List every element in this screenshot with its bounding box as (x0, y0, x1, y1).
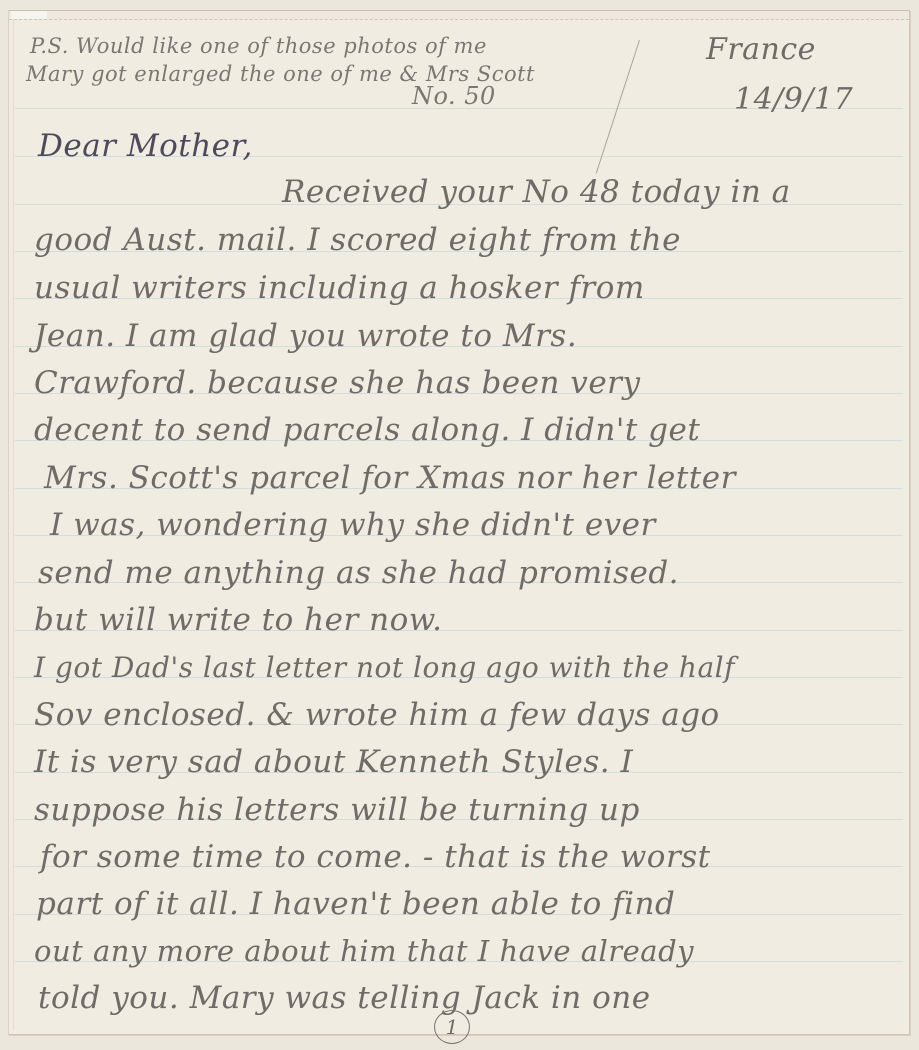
letter-line-5: Crawford. because she has been very (34, 363, 641, 403)
letter-line-2: good Aust. mail. I scored eight from the (34, 220, 681, 260)
letter-line-8: I was, wondering why she didn't ever (50, 505, 656, 545)
letter-line-9: send me anything as she had promised. (38, 553, 679, 593)
letter-line-16: part of it all. I haven't been able to f… (36, 884, 675, 924)
page-number-circle: 1 (434, 1010, 470, 1044)
letter-line-1: Received your No 48 today in a (282, 172, 791, 212)
letter-date: 14/9/17 (734, 80, 853, 120)
letter-line-7: Mrs. Scott's parcel for Xmas nor her let… (44, 458, 736, 498)
letter-line-4: Jean. I am glad you wrote to Mrs. (34, 316, 577, 356)
salutation: Dear Mother, (38, 126, 253, 166)
letter-place: France (706, 30, 816, 70)
letter-line-12: Sov enclosed. & wrote him a few days ago (34, 695, 720, 735)
postscript-line-1: P.S. Would like one of those photos of m… (30, 34, 487, 58)
letter-line-11: I got Dad's last letter not long ago wit… (34, 648, 735, 688)
letter-line-15: for some time to come. - that is the wor… (40, 837, 711, 877)
paper-corner-tab (11, 11, 47, 19)
scanned-letter-page: P.S. Would like one of those photos of m… (0, 0, 919, 1050)
letter-line-10: but will write to her now. (34, 600, 442, 640)
letter-line-17: out any more about him that I have alrea… (34, 931, 694, 971)
letter-line-6: decent to send parcels along. I didn't g… (34, 410, 700, 450)
letter-number: No. 50 (412, 82, 496, 110)
paper-torn-top-edge (9, 10, 909, 20)
letter-line-3: usual writers including a hosker from (34, 268, 645, 308)
pencil-stroke-mark (596, 40, 640, 173)
letter-line-18: told you. Mary was telling Jack in one (38, 978, 651, 1018)
letter-line-13: It is very sad about Kenneth Styles. I (34, 742, 633, 782)
letter-line-14: suppose his letters will be turning up (34, 790, 640, 830)
paper-left-edge-line (13, 20, 14, 1030)
